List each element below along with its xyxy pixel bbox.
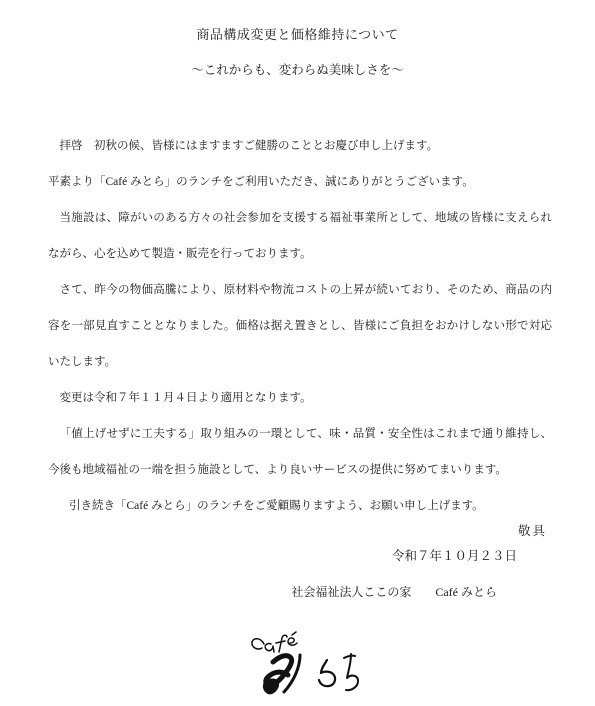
letter-page: 商品構成変更と価格維持について ～これからも、変わらぬ美味しさを～ 拝啓 初秋の… (0, 0, 595, 706)
letter-body: 拝啓 初秋の候、皆様にはますますご健勝のこととお慶び申し上げます。 平素より「C… (48, 128, 552, 524)
letter-date: 令和７年１０月２３日 (392, 549, 517, 564)
body-line: 変更は令和７年１１月４日より適用となります。 (48, 380, 552, 416)
body-line: 「値上げせずに工夫する」取り組みの一環として、味・品質・安全性はこれまで通り維持… (48, 416, 552, 452)
body-line: 平素より「Café みとら」のランチをご利用いただき、誠にありがとうございます。 (48, 164, 552, 200)
body-line: さて、昨今の物価高騰により、原材料や物流コストの上昇が続いており、そのため、商品… (48, 272, 552, 308)
logo-mi-stroke (263, 655, 300, 694)
body-line: ながら、心を込めて製造・販売を行っております。 (48, 236, 552, 272)
closing-salutation: 敬具 (518, 524, 547, 539)
body-line: 引き続き「Café みとら」のランチをご愛顧賜りますよう、お願い申し上げます。 (48, 488, 552, 524)
logo-to-stroke (319, 660, 335, 686)
body-line: いたします。 (48, 344, 552, 380)
document-title: 商品構成変更と価格維持について (0, 27, 595, 43)
body-line: 拝啓 初秋の候、皆様にはますますご健勝のこととお慶び申し上げます。 (48, 128, 552, 164)
logo-cafe-script (252, 632, 297, 652)
body-line: 今後も地域福祉の一端を担う施設として、より良いサービスの提供に努めてまいります。 (48, 452, 552, 488)
document-subtitle: ～これからも、変わらぬ美味しさを～ (0, 62, 595, 78)
body-line: 容を一部見直すこととなりました。価格は据え置きとし、皆様にご負担をおかけしない形… (48, 308, 552, 344)
cafe-mitora-logo (243, 628, 371, 704)
logo-ra-stroke (344, 654, 358, 690)
signature-line: 社会福祉法人ここの家 Café みとら (291, 585, 497, 600)
body-line: 当施設は、障がいのある方々の社会参加を支援する福祉事業所として、地域の皆様に支え… (48, 200, 552, 236)
